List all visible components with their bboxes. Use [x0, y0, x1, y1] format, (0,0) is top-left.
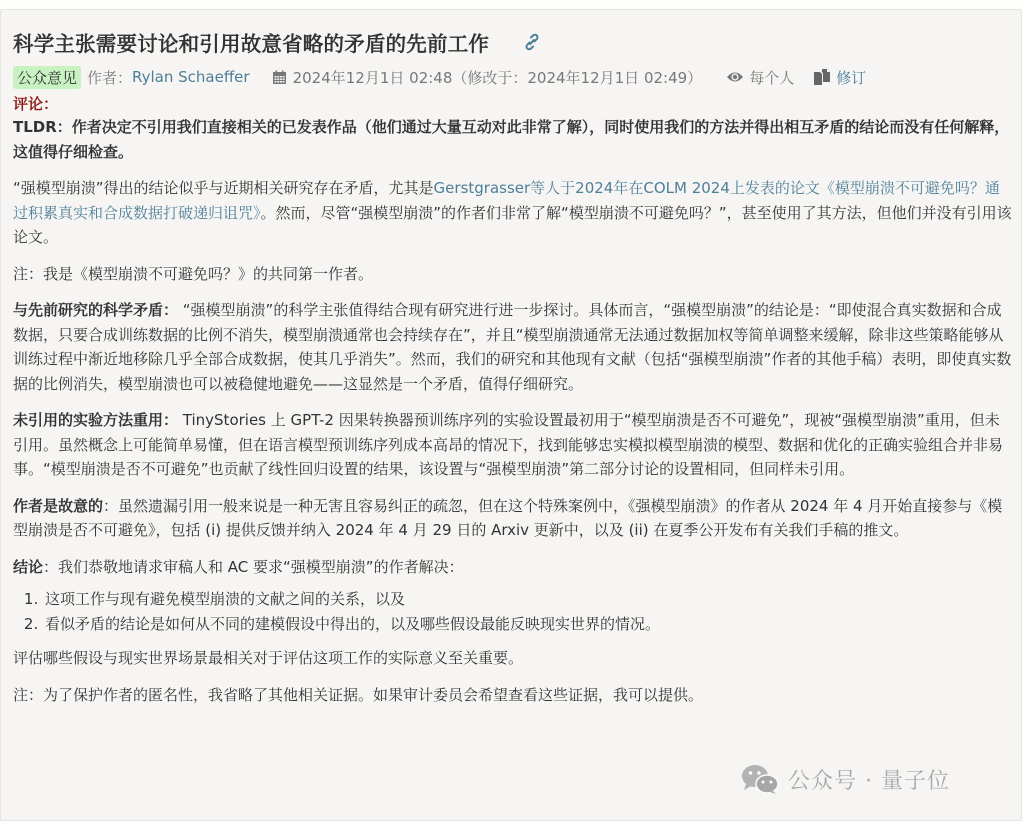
documents-icon — [813, 69, 830, 85]
paragraph-evaluation: 评估哪些假设与现实世界场景最相关对于评估这项工作的实际意义至关重要。 — [13, 646, 1013, 671]
invitation-badge: 公众意见 — [13, 66, 81, 89]
comment-card: 科学主张需要讨论和引用故意省略的矛盾的先前工作 公众意见 作者： Rylan S… — [0, 9, 1022, 821]
paragraph-heading: 与先前研究的科学矛盾： — [13, 301, 178, 319]
watermark: 公众号 · 量子位 — [740, 763, 950, 795]
paragraph-text: “强模型崩溃”得出的结论似乎与近期相关研究存在矛盾，尤其是 — [13, 179, 434, 197]
paragraph-text: ：我们恭敬地请求审稿人和 AC 要求“强模型崩溃”的作者解决： — [43, 558, 464, 576]
comment-title: 科学主张需要讨论和引用故意省略的矛盾的先前工作 — [13, 27, 489, 57]
title-row: 科学主张需要讨论和引用故意省略的矛盾的先前工作 — [13, 26, 1007, 58]
meta-row: 公众意见 作者： Rylan Schaeffer 2024年12月1日 02:4… — [13, 65, 1007, 89]
request-list: 这项工作与现有避免模型崩溃的文献之间的关系，以及 看似矛盾的结论是如何从不同的建… — [43, 587, 1013, 636]
wechat-icon — [740, 763, 780, 795]
paragraph-uncited-method: 未引用的实验方法重用： TinyStories 上 GPT-2 因果转换器预训练… — [13, 408, 1013, 482]
comment-body: TLDR：作者决定不引用我们直接相关的已发表作品（他们通过大量互动对此非常了解）… — [13, 115, 1013, 707]
paragraph-scientific-contradiction: 与先前研究的科学矛盾： “强模型崩溃”的科学主张值得结合现有研究进行进一步探讨。… — [13, 298, 1013, 396]
comment-label: 评论： — [13, 93, 1007, 115]
watermark-text: 公众号 · 量子位 — [788, 764, 950, 795]
paragraph-note-anonymity: 注：为了保护作者的匿名性，我省略了其他相关证据。如果审计委员会希望查看这些证据，… — [13, 683, 1013, 708]
paragraph-heading: 结论 — [13, 558, 43, 576]
paragraph-intentional: 作者是故意的：虽然遗漏引用一般来说是一种无害且容易纠正的疏忽，但在这个特殊案例中… — [13, 494, 1013, 543]
calendar-icon — [272, 70, 287, 85]
revisions-link[interactable]: 修订 — [836, 67, 866, 88]
link-icon[interactable] — [523, 33, 541, 51]
date-text: 2024年12月1日 02:48（修改于：2024年12月1日 02:49） — [293, 67, 703, 88]
list-item: 看似矛盾的结论是如何从不同的建模假设中得出的，以及哪些假设最能反映现实世界的情况… — [43, 612, 1013, 637]
paragraph-conclusion: 结论：我们恭敬地请求审稿人和 AC 要求“强模型崩溃”的作者解决： — [13, 555, 1013, 580]
paragraph-note-coauthor: 注：我是《模型崩溃不可避免吗？》的共同第一作者。 — [13, 262, 1013, 287]
author-link[interactable]: Rylan Schaeffer — [132, 68, 250, 86]
paragraph-heading: 未引用的实验方法重用： — [13, 411, 178, 429]
paragraph-heading: 作者是故意的 — [13, 497, 103, 515]
author-label: 作者： — [87, 67, 132, 88]
paragraph-contradiction-intro: “强模型崩溃”得出的结论似乎与近期相关研究存在矛盾，尤其是Gerstgrasse… — [13, 176, 1013, 250]
list-item: 这项工作与现有避免模型崩溃的文献之间的关系，以及 — [43, 587, 1013, 612]
tldr-paragraph: TLDR：作者决定不引用我们直接相关的已发表作品（他们通过大量互动对此非常了解）… — [13, 115, 1013, 164]
readers-text: 每个人 — [749, 67, 794, 88]
eye-icon — [726, 70, 744, 84]
paragraph-text: ：虽然遗漏引用一般来说是一种无害且容易纠正的疏忽，但在这个特殊案例中，《强模型崩… — [13, 497, 1002, 540]
